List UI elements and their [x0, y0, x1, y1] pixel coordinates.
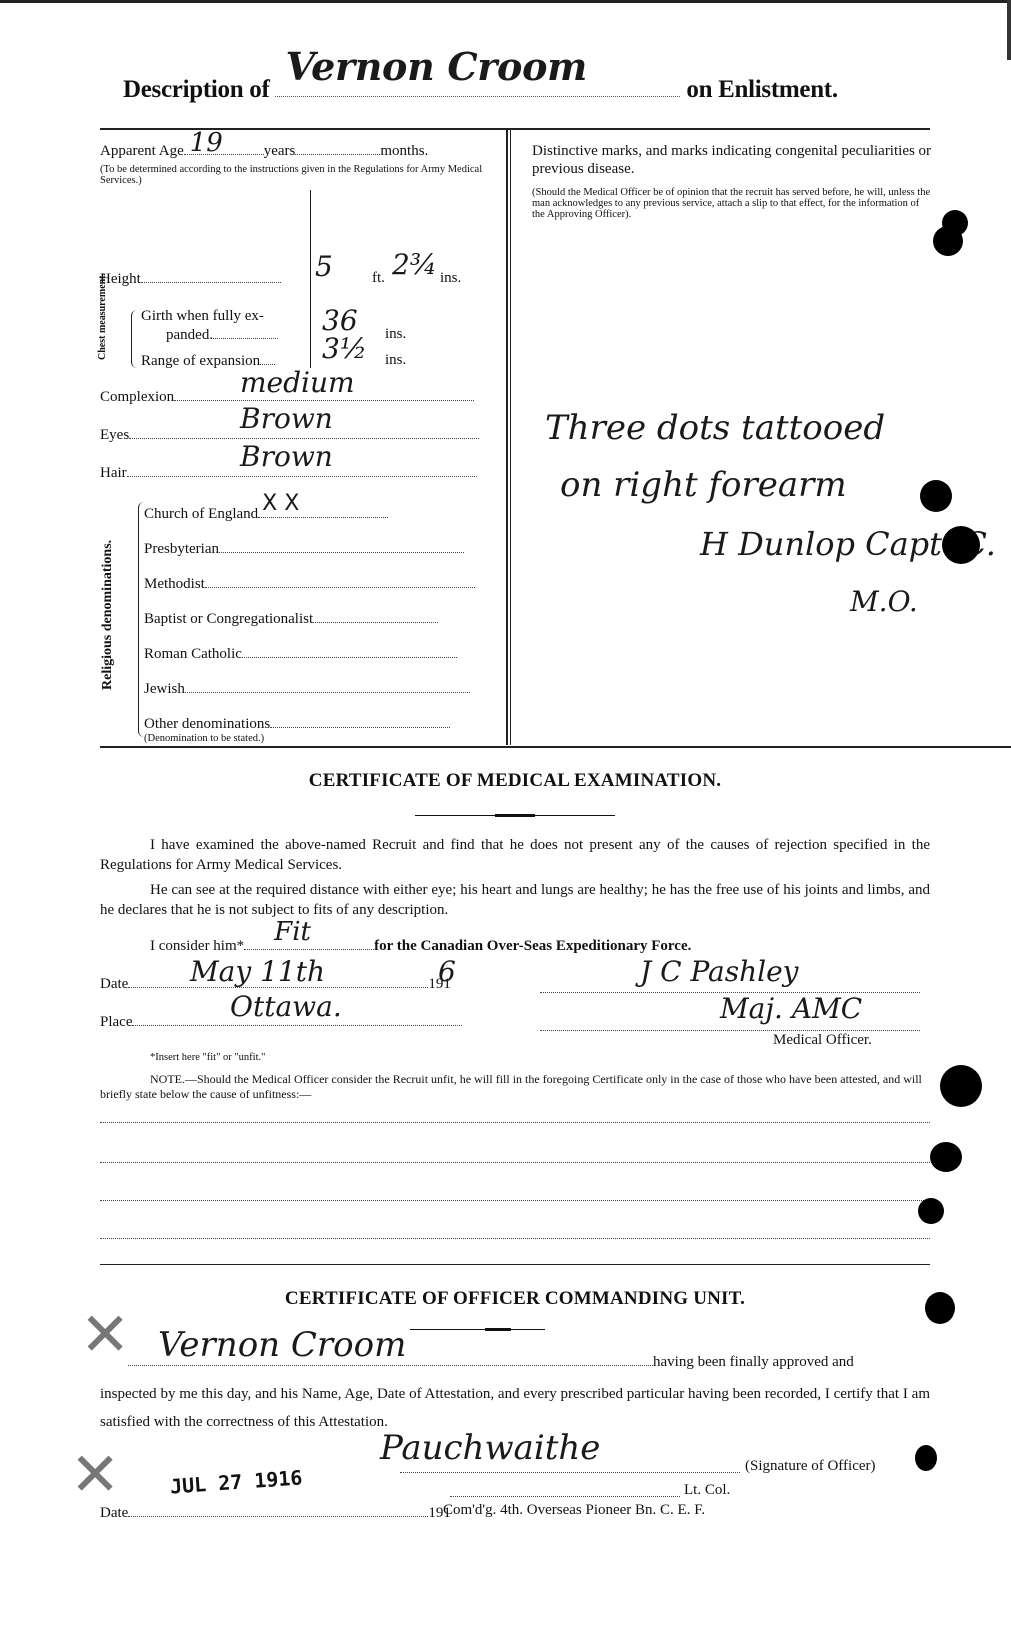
insert-note: *Insert here "fit" or "unfit." [150, 1052, 265, 1063]
consider-value: Fit [274, 917, 311, 947]
complexion-value: medium [240, 366, 355, 399]
years-label: years [264, 143, 296, 159]
religion-mark: X X [262, 491, 299, 516]
punch-hole [933, 226, 963, 256]
co-date-row: Date191 [100, 1504, 451, 1522]
medical-officer-label: Medical Officer. [773, 1032, 872, 1049]
religion-row-baptist: Baptist or Congregationalist [144, 610, 438, 628]
religion-row-church-of-england: Church of EnglandX X [144, 505, 388, 523]
eyes-value: Brown [240, 402, 333, 435]
heading-ornament-center [495, 814, 535, 817]
margin-x-mark-2: ✕ [70, 1440, 120, 1510]
unfitness-line-2 [100, 1150, 930, 1163]
unfitness-line-4 [100, 1226, 930, 1239]
hair-value: Brown [240, 440, 333, 473]
heading-ornament-line-2 [410, 1329, 545, 1330]
document-title: Description of Vernon Croom on Enlistmen… [123, 74, 838, 104]
scan-right-edge [1007, 0, 1011, 60]
co-unit-label: Com'd'g. 4th. Overseas Pioneer Bn. C. E.… [443, 1502, 705, 1519]
religion-row-roman-catholic: Roman Catholic [144, 645, 457, 663]
punch-hole [942, 526, 980, 564]
recruit-name-field: Vernon Croom [275, 74, 680, 97]
religion-row-methodist: Methodist [144, 575, 475, 593]
months-label: months. [380, 143, 428, 159]
unfitness-line-3 [100, 1188, 930, 1201]
commanding-certificate-heading: CERTIFICATE OF OFFICER COMMANDING UNIT. [100, 1288, 930, 1310]
religion-row-jewish: Jewish [144, 680, 470, 698]
recruit-name-handwritten: Vernon Croom [285, 44, 587, 89]
range-value: 3½ [322, 332, 367, 365]
height-row: Height [100, 270, 281, 288]
unfitness-note: NOTE.—Should the Medical Officer conside… [100, 1072, 930, 1102]
punch-hole [920, 480, 952, 512]
height-ins-label: ins. [440, 270, 461, 287]
co-rank-line [450, 1484, 680, 1497]
mo-signature: J C Pashley [640, 955, 798, 988]
header-rule [100, 128, 930, 130]
distinctive-marks-line1: Three dots tattooed [545, 408, 885, 448]
measurement-divider [310, 190, 311, 368]
age-note: (To be determined according to the instr… [100, 164, 495, 186]
distinctive-marks-line2: on right forearm [560, 465, 847, 505]
co-recruit-name: Vernon Croom [158, 1325, 406, 1365]
punch-hole [925, 1292, 955, 1324]
chest-brace [131, 310, 138, 368]
apparent-age-row: Apparent Age19yearsmonths. [100, 142, 428, 160]
apparent-age-label: Apparent Age [100, 143, 184, 159]
girth-label-1: Girth when fully ex- [141, 308, 264, 325]
co-rank-label: Lt. Col. [684, 1482, 730, 1499]
distinctive-marks-note: (Should the Medical Officer be of opinio… [532, 187, 932, 220]
scan-top-edge [0, 0, 1011, 3]
height-in-value: 2¾ [392, 248, 437, 281]
medical-para-1: I have examined the above-named Recruit … [100, 835, 930, 875]
punch-hole [940, 1065, 982, 1107]
distinctive-marks-heading: Distinctive marks, and marks indicating … [532, 142, 932, 178]
mo-rank: Maj. AMC [720, 992, 862, 1025]
exam-year-value: 6 [438, 955, 456, 988]
section-rule [100, 746, 1011, 748]
section-rule-2 [100, 1264, 930, 1265]
range-ins-label: ins. [385, 352, 406, 369]
heading-ornament-center-2 [485, 1328, 511, 1331]
other-denomination-note: (Denomination to be stated.) [144, 733, 264, 744]
co-signature-line [400, 1460, 740, 1473]
consider-row: I consider him*Fitfor the Canadian Over-… [150, 937, 691, 955]
title-suffix: on Enlistment. [686, 76, 837, 103]
religion-group-label: Religious denominations. [100, 550, 115, 690]
punch-hole [930, 1142, 962, 1172]
title-prefix: Description of [123, 76, 269, 103]
co-signature-label: (Signature of Officer) [745, 1458, 876, 1475]
unfitness-line-1 [100, 1110, 930, 1123]
religion-row-other: Other denominations [144, 715, 450, 733]
column-divider [506, 130, 508, 745]
ft-label: ft. [372, 270, 385, 287]
height-ft-value: 5 [315, 250, 333, 283]
exam-date-value: May 11th [190, 955, 325, 988]
punch-hole [918, 1198, 944, 1224]
girth-ins-label: ins. [385, 326, 406, 343]
date-stamp: JUL 27 1916 [169, 1465, 303, 1498]
column-divider-inner [510, 130, 511, 745]
medical-certificate-heading: CERTIFICATE OF MEDICAL EXAMINATION. [100, 770, 930, 792]
exam-place-value: Ottawa. [230, 990, 342, 1023]
medical-officer-title: M.O. [850, 585, 918, 618]
medical-para-2: He can see at the required distance with… [100, 880, 930, 920]
apparent-age-value: 19 [190, 128, 223, 158]
margin-x-mark-1: ✕ [80, 1300, 130, 1370]
religion-row-presbyterian: Presbyterian [144, 540, 464, 558]
chest-group-label: Chest measurement. [97, 290, 108, 360]
girth-label-2: panded. [166, 326, 278, 344]
punch-hole [915, 1445, 937, 1471]
